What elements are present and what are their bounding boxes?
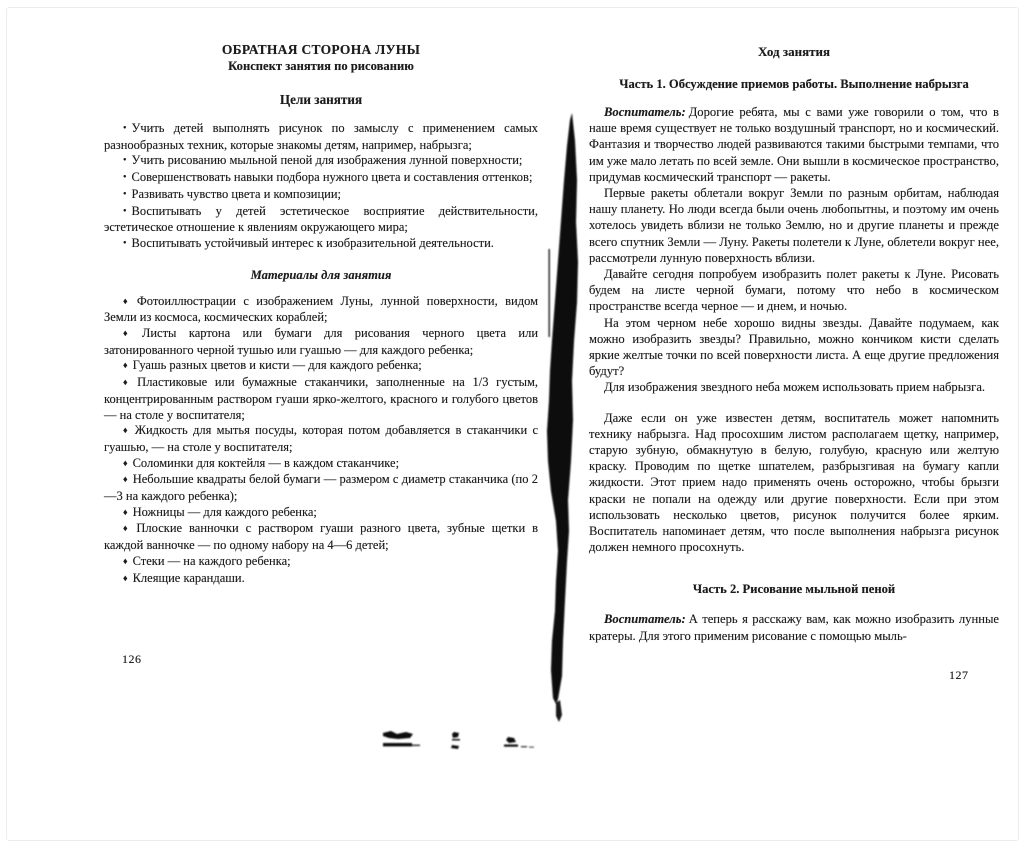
diamond-bullet-icon: ♦ [123, 474, 133, 484]
list-item-text: Воспитывать у детей эстетическое восприя… [104, 204, 538, 235]
list-item-text: Листы картона или бумаги для рисования ч… [104, 326, 538, 357]
paragraph: Воспитатель:А теперь я расскажу вам, как… [589, 611, 999, 643]
paragraph: Даже если он уже известен детям, воспита… [589, 410, 999, 556]
list-item: •Совершенствовать навыки подбора нужного… [104, 170, 538, 187]
scan-smudge-icon [504, 737, 534, 748]
list-item-text: Соломинки для коктейля — в каждом стакан… [133, 456, 399, 470]
lesson-title: ОБРАТНАЯ СТОРОНА ЛУНЫ [104, 42, 538, 58]
paragraph: Давайте сегодня попробуем изобразить пол… [589, 266, 999, 315]
speaker-label: Воспитатель: [604, 105, 686, 119]
speaker-label: Воспитатель: [604, 612, 686, 626]
list-item-text: Небольшие квадраты белой бумаги — размер… [104, 472, 538, 503]
page-right: Ход занятия Часть 1. Обсуждение приемов … [589, 44, 999, 644]
bullet-icon: • [123, 206, 132, 217]
list-item-text: Учить детей выполнять рисунок по замыслу… [104, 121, 538, 152]
diamond-bullet-icon: ♦ [123, 296, 137, 306]
list-item: ♦Стеки — на каждого ребенка; [104, 554, 538, 571]
list-item-text: Гуашь разных цветов и кисти — для каждог… [133, 358, 422, 372]
list-item-text: Совершенствовать навыки подбора нужного … [132, 170, 533, 184]
list-item: ♦Жидкость для мытья посуды, которая пото… [104, 423, 538, 455]
diamond-bullet-icon: ♦ [123, 425, 135, 435]
bullet-icon: • [123, 172, 132, 183]
list-item: ♦Ножницы — для каждого ребенка; [104, 505, 538, 522]
lesson-flow-heading: Ход занятия [589, 44, 999, 60]
diamond-bullet-icon: ♦ [123, 458, 133, 468]
list-item: •Воспитывать у детей эстетическое воспри… [104, 204, 538, 236]
list-item: ♦Фотоиллюстрации с изображением Луны, лу… [104, 294, 538, 326]
paragraph: Воспитатель:Дорогие ребята, мы с вами уж… [589, 104, 999, 185]
list-item-text: Воспитывать устойчивый интерес к изобраз… [132, 236, 494, 250]
list-item: ♦Листы картона или бумаги для рисования … [104, 326, 538, 358]
diamond-bullet-icon: ♦ [123, 573, 133, 583]
diamond-bullet-icon: ♦ [123, 507, 133, 517]
diamond-bullet-icon: ♦ [123, 377, 137, 387]
list-item-text: Учить рисованию мыльной пеной для изобра… [132, 153, 523, 167]
part1-heading: Часть 1. Обсуждение приемов работы. Выпо… [589, 76, 999, 92]
list-item-text: Стеки — на каждого ребенка; [133, 554, 291, 568]
list-item: •Развивать чувство цвета и композиции; [104, 187, 538, 204]
page-number-left: 126 [122, 652, 142, 667]
diamond-bullet-icon: ♦ [123, 360, 133, 370]
materials-list: ♦Фотоиллюстрации с изображением Луны, лу… [104, 294, 538, 588]
part2-heading: Часть 2. Рисование мыльной пеной [589, 581, 999, 597]
scan-smudge-icon [451, 732, 460, 749]
diamond-bullet-icon: ♦ [123, 556, 133, 566]
scanned-sheet: ОБРАТНАЯ СТОРОНА ЛУНЫ Конспект занятия п… [0, 0, 1024, 848]
page-left: ОБРАТНАЯ СТОРОНА ЛУНЫ Конспект занятия п… [104, 42, 538, 587]
list-item: ♦Соломинки для коктейля — в каждом стака… [104, 456, 538, 473]
list-item-text: Ножницы — для каждого ребенка; [133, 505, 317, 519]
bullet-icon: • [123, 123, 132, 134]
list-item: ♦Пластиковые или бумажные стаканчики, за… [104, 375, 538, 423]
book-gutter-shadow-icon [547, 113, 578, 722]
bullet-icon: • [123, 155, 132, 166]
bullet-icon: • [123, 238, 132, 249]
scan-smudge-icon [383, 731, 420, 746]
paragraph: На этом черном небе хорошо видны звезды.… [589, 315, 999, 380]
bullet-icon: • [123, 189, 132, 200]
diamond-bullet-icon: ♦ [123, 328, 142, 338]
goals-list: •Учить детей выполнять рисунок по замысл… [104, 121, 538, 253]
list-item-text: Клеящие карандаши. [133, 571, 245, 585]
list-item: ♦Гуашь разных цветов и кисти — для каждо… [104, 358, 538, 375]
list-item: ♦Клеящие карандаши. [104, 571, 538, 588]
page-number-right: 127 [949, 668, 969, 683]
goals-heading: Цели занятия [104, 92, 538, 108]
list-item-text: Фотоиллюстрации с изображением Луны, лун… [104, 294, 538, 325]
list-item: ♦Плоские ванночки с раствором гуаши разн… [104, 521, 538, 553]
list-item-text: Пластиковые или бумажные стаканчики, зап… [104, 375, 538, 421]
diamond-bullet-icon: ♦ [123, 523, 136, 533]
paragraph: Первые ракеты облетали вокруг Земли по р… [589, 185, 999, 266]
list-item: •Учить рисованию мыльной пеной для изобр… [104, 153, 538, 170]
list-item-text: Жидкость для мытья посуды, которая потом… [104, 423, 538, 454]
list-item-text: Плоские ванночки с раствором гуаши разно… [104, 521, 538, 552]
list-item: ♦Небольшие квадраты белой бумаги — разме… [104, 472, 538, 504]
list-item-text: Развивать чувство цвета и композиции; [132, 187, 342, 201]
materials-heading: Материалы для занятия [104, 267, 538, 283]
list-item: •Учить детей выполнять рисунок по замысл… [104, 121, 538, 153]
lesson-subtitle: Конспект занятия по рисованию [104, 58, 538, 74]
list-item: •Воспитывать устойчивый интерес к изобра… [104, 236, 538, 253]
paragraph: Для изображения звездного неба можем исп… [589, 379, 999, 395]
scanned-book-spread: { "colors": { "paper": "#ffffff", "ink":… [0, 0, 1024, 848]
